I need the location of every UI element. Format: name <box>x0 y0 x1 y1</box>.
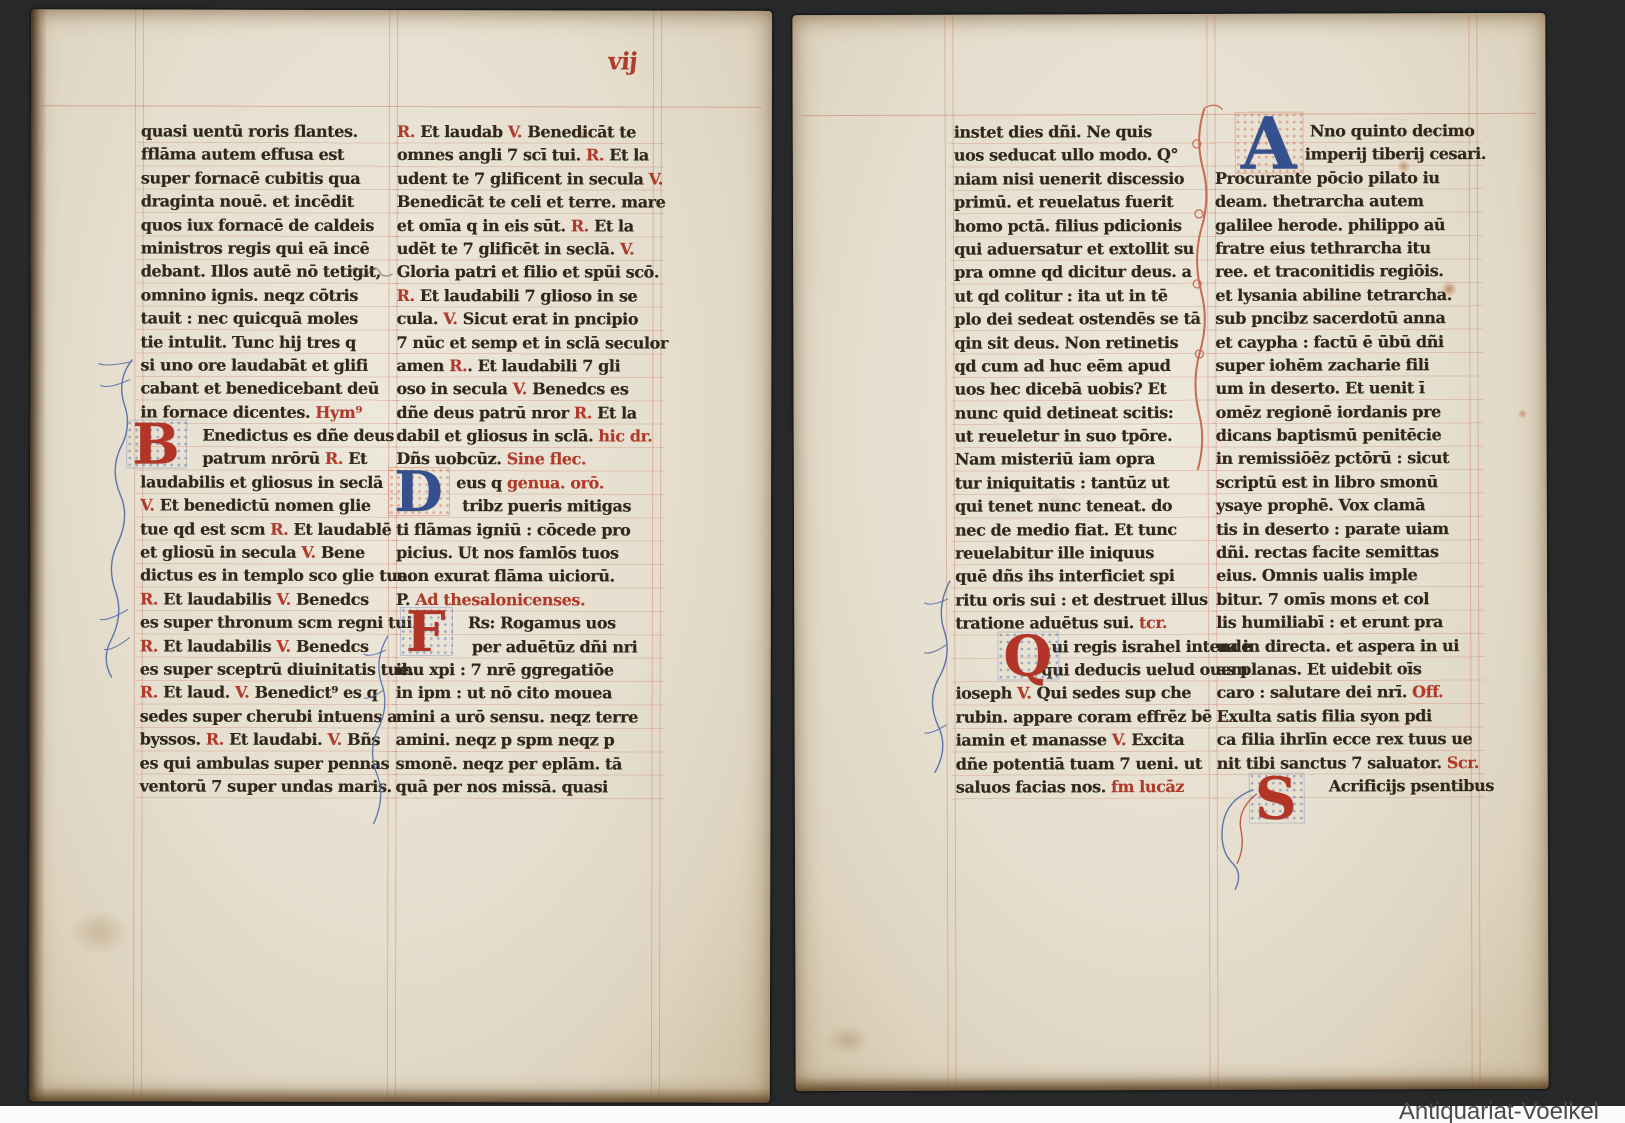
body-text: Benedcs <box>291 590 369 609</box>
text-line: es super thronum scm regni tui. <box>140 611 392 635</box>
text-line: niam nisi uenerit discessio <box>954 167 1209 191</box>
body-text: et lysania abiline tetrarcha. <box>1215 285 1452 305</box>
body-text: Et laudablē <box>288 519 391 538</box>
body-text: homo pctā. filius pdicionis <box>954 216 1182 236</box>
text-line: picius. Ut nos famlōs tuos <box>396 541 658 565</box>
illuminated-initial-S: S <box>1249 773 1305 824</box>
body-text: qd cum ad huc eēm apud <box>954 356 1170 376</box>
text-line: tue qd est scm R. Et laudablē <box>140 517 392 541</box>
text-line: ua in directa. et aspera in ui <box>1216 634 1478 658</box>
text-line: rubin. appare coram effrēz bē <box>955 705 1210 729</box>
body-text: scriptū est in libro smonū <box>1216 472 1438 492</box>
rubric-text: R. <box>574 403 592 422</box>
body-text: Et <box>343 449 367 468</box>
text-line: dicans baptismū penitēcie <box>1216 423 1478 447</box>
text-line: Nam misteriū iam opra <box>955 447 1210 471</box>
rubric-text: V. <box>327 730 341 749</box>
text-line: R. Et laudabili 7 glioso in se <box>397 284 659 308</box>
body-text: byssos. <box>140 730 206 749</box>
body-text: Et la <box>604 146 649 165</box>
body-text: pra omne qd dicitur deus. a <box>954 262 1191 282</box>
top-ruling-line <box>803 113 1536 116</box>
body-text: tis in deserto : parate uiam <box>1216 519 1449 539</box>
body-text: nec de medio fiat. Et tunc <box>955 520 1177 540</box>
right-page-column-1: instet dies dñi. Ne quisuos seducat ullo… <box>954 120 1211 799</box>
marginal-scribble <box>349 262 395 280</box>
text-line: V. Et benedictū nomen glie <box>140 494 392 518</box>
text-line: pra omne qd dicitur deus. a <box>954 260 1209 284</box>
body-text: 7 nūc et semp et in sclā seculor <box>396 333 667 353</box>
rubric-text: R. <box>140 636 158 655</box>
text-line: deam. thetrarcha autem <box>1215 189 1477 213</box>
rubric-text: V. <box>508 122 522 141</box>
text-line: quē dñs ihs interficiet spi <box>955 564 1210 588</box>
text-line: ysaye prophē. Vox clamā <box>1216 493 1478 517</box>
rubric-text: V. <box>140 496 154 515</box>
rubric-text: V. <box>620 239 634 258</box>
body-text: tauit : nec quicquā moles <box>140 309 357 328</box>
body-text: dictus es in templo sco glie tue. <box>140 566 412 586</box>
text-line: cula. V. Sicut erat in pncipio <box>396 307 658 331</box>
body-text: Excita <box>1126 730 1184 749</box>
left-vellum-leaf: vij quasi uentū roris flantes.fflāma aut… <box>29 9 772 1103</box>
body-text: uos seducat ullo modo. Q° <box>954 145 1178 165</box>
rubric-text: Sine flec. <box>507 450 587 469</box>
text-line: dñe deus patrū nror R. Et la <box>396 401 658 425</box>
body-text: fratre eius tethrarcha itu <box>1215 238 1431 258</box>
rubric-text: R. <box>397 122 415 141</box>
rubric-text: R. <box>270 519 288 538</box>
text-line: quasi uentū roris flantes. <box>141 119 393 143</box>
body-text: super iohēm zacharie fili <box>1215 355 1429 375</box>
body-text: quasi uentū roris flantes. <box>141 121 358 140</box>
rubric-text: V. <box>276 636 290 655</box>
text-line: um in deserto. Et uenit ī <box>1215 376 1477 400</box>
rubric-text: Hym⁹ <box>315 403 362 422</box>
body-text: Benedcs <box>291 636 369 655</box>
text-line: ministros regis qui eā incē <box>141 236 393 260</box>
text-line: omnes angli 7 scī tui. R. Et la <box>397 143 659 167</box>
text-line: uos hec dicebā uobis? Et <box>954 377 1209 401</box>
body-text: . Et laudabili 7 gli <box>467 356 620 375</box>
body-text: Gloria patri et filio et spūi scō. <box>397 262 659 282</box>
body-text: Et laudabilis <box>158 636 276 655</box>
body-text: es qui ambulas super pennas <box>140 753 390 773</box>
text-line: udēt te 7 glificēt in seclā. V. <box>397 237 659 261</box>
text-line: iamin et manasse V. Excita <box>956 728 1211 752</box>
stain <box>69 909 129 955</box>
text-line: quā per nos missā. quasi <box>395 775 657 799</box>
text-line: homo pctā. filius pdicionis <box>954 213 1209 237</box>
text-line: ioseph V. Qui sedes sup che <box>955 681 1210 705</box>
text-line: saluos facias nos. fm lucāz <box>956 775 1211 799</box>
body-text: amen <box>396 356 449 375</box>
body-text: ree. et traconitidis regiōis. <box>1215 261 1443 281</box>
text-line: super fornacē cubitis qua <box>141 166 393 190</box>
body-text: ventorū 7 super undas maris. <box>139 776 391 796</box>
body-text: ua in directa. et aspera in ui <box>1216 636 1459 656</box>
body-text: dñe potentiā tuam 7 ueni. ut <box>956 753 1202 773</box>
body-text: Qui sedes sup che <box>1031 683 1191 703</box>
body-text: as planas. Et uidebit oīs <box>1216 659 1421 679</box>
text-line: sub pncibz sacerdotū anna <box>1215 306 1477 330</box>
illuminated-initial-D: D <box>388 467 450 516</box>
text-line: et gliosū in secula V. Bene <box>140 540 392 564</box>
penwork-flourish-blue <box>922 575 963 795</box>
body-text: sub pncibz sacerdotū anna <box>1215 308 1445 328</box>
body-text: sedes super cherubi intuens a <box>140 706 398 726</box>
body-text: tur iniquitatis : tantūz ut <box>955 473 1169 493</box>
body-text: dñi. rectas facite semittas <box>1216 542 1439 562</box>
text-line: Gloria patri et filio et spūi scō. <box>397 260 659 284</box>
text-line: nec de medio fiat. Et tunc <box>955 518 1210 542</box>
body-text: Sicut erat in pncipio <box>457 309 638 328</box>
rubric-text: V. <box>301 543 315 562</box>
text-line: ree. et traconitidis regiōis. <box>1215 259 1477 283</box>
right-page-column-2: Nno quinto decimoimperij tiberij cesari.… <box>1215 119 1479 798</box>
text-line: R. Et laud. V. Benedict⁹ es q <box>140 681 392 705</box>
body-text: cabant et benedicebant deū <box>140 379 379 398</box>
body-text: et gliosū in secula <box>140 542 301 561</box>
rubric-text: genua. orō. <box>507 473 604 492</box>
text-line: R. Et laudab V. Benedicāt te <box>397 120 659 144</box>
illuminated-initial-Q: Q <box>997 631 1060 680</box>
text-line: ritu oris sui : et destruet illus <box>955 588 1210 612</box>
rubric-text: R. <box>397 286 415 305</box>
text-line: tur iniquitatis : tantūz ut <box>955 471 1210 495</box>
body-text: ut qd colitur : ita ut in tē <box>954 286 1167 306</box>
rubric-text: R. <box>140 589 158 608</box>
text-line: dñe potentiā tuam 7 ueni. ut <box>956 751 1211 775</box>
body-text: eus q <box>456 473 507 492</box>
rubric-text: tcr. <box>1139 613 1167 632</box>
body-text: cula. <box>396 309 443 328</box>
text-line: super iohēm zacharie fili <box>1215 353 1477 377</box>
body-text: imperij tiberij cesari. <box>1305 144 1486 164</box>
stain <box>1518 409 1528 419</box>
text-line: qui tenet nunc teneat. do <box>955 494 1210 518</box>
text-line: as planas. Et uidebit oīs <box>1216 657 1478 681</box>
text-line: plo dei sedeat ostendēs se tā <box>954 307 1209 331</box>
body-text: eius. Omnis ualis imple <box>1216 566 1417 586</box>
text-line: es super sceptrū diuinitatis tue. <box>140 657 392 681</box>
manuscript-photo: vij quasi uentū roris flantes.fflāma aut… <box>0 0 1625 1123</box>
body-text: Et laudabi. <box>224 730 328 749</box>
body-text: Et la <box>592 403 637 422</box>
rubric-text: R. <box>449 356 467 375</box>
rubric-text: Off. <box>1412 683 1443 702</box>
text-line: scriptū est in libro smonū <box>1216 470 1478 494</box>
body-text: primū. et reuelatus fuerit <box>954 192 1173 212</box>
text-line: Exulta satis filia syon pdi <box>1216 704 1478 728</box>
text-line: R. Et laudabilis V. Benedcs <box>140 634 392 658</box>
text-line: in remissiōēz pctōrū : sicut <box>1216 447 1478 471</box>
text-line: qd cum ad huc eēm apud <box>954 354 1209 378</box>
body-text: udent te 7 glificent in secula <box>397 169 649 189</box>
body-text: Acrificijs psentibus <box>1329 776 1494 796</box>
body-text: Et la <box>589 216 634 235</box>
body-text: omnes angli 7 scī tui. <box>397 145 586 164</box>
text-line: galilee herode. philippo aū <box>1215 213 1477 237</box>
text-line: fratre eius tethrarcha itu <box>1215 236 1477 260</box>
illuminated-initial-A: A <box>1235 112 1305 174</box>
text-line: amen R.. Et laudabili 7 gli <box>396 354 658 378</box>
body-text: smonē. neqz per eplām. tā <box>396 754 622 773</box>
body-text: galilee herode. philippo aū <box>1215 215 1445 235</box>
body-text: Nno quinto decimo <box>1310 121 1475 141</box>
left-page-column-1: quasi uentū roris flantes.fflāma autem e… <box>139 119 392 798</box>
text-line: et caypha : factū ē ūbū dñi <box>1215 330 1477 354</box>
text-line: quos iux fornacē de caldeis <box>141 213 393 237</box>
rubric-text: V. <box>513 380 527 399</box>
body-text: Rs: Rogamus uos <box>468 613 616 632</box>
text-line: fflāma autem effusa est <box>141 143 393 167</box>
text-line: nunc quid detineat scitis: <box>955 401 1210 425</box>
text-line: udent te 7 glificent in secula V. <box>397 167 659 191</box>
rubric-text: R. <box>586 146 604 165</box>
body-text: qui tenet nunc teneat. do <box>955 496 1172 516</box>
body-text: ysaye prophē. Vox clamā <box>1216 495 1425 515</box>
body-text: iamin et manasse <box>956 730 1112 749</box>
text-line: ca filia ihrlīn ecce rex tuus ue <box>1217 727 1479 751</box>
body-text: qin sit deus. Non retinetis <box>954 332 1178 352</box>
body-text: omnino ignis. neqz cōtris <box>141 285 358 304</box>
text-line: non exurat flāma uiciorū. <box>396 564 658 588</box>
body-text: si uno ore laudabāt et glifi <box>140 355 367 374</box>
stain <box>825 1025 869 1055</box>
text-line: qin sit deus. Non retinetis <box>954 330 1209 354</box>
text-line: uos seducat ullo modo. Q° <box>954 143 1209 167</box>
text-line: dabil et gliosus in sclā. hic dr. <box>396 424 658 448</box>
rubric-text: R. <box>571 216 589 235</box>
body-text: tue qd est scm <box>140 519 270 538</box>
body-text: Benedicāt te celi et terre. mare <box>397 192 666 212</box>
text-line: dictus es in templo sco glie tue. <box>140 564 392 588</box>
text-line: qui deducis uelud ouem <box>955 658 1210 682</box>
body-text: Exulta satis filia syon pdi <box>1216 706 1431 726</box>
body-text: in ipm : ut nō cito mouea <box>396 683 612 702</box>
body-text: reuelabitur ille iniquus <box>955 543 1154 563</box>
rubric-text: R. <box>206 730 224 749</box>
text-line: in ipm : ut nō cito mouea <box>396 681 658 705</box>
text-line: omēz regionē iordanis pre <box>1216 400 1478 424</box>
body-text: ritu oris sui : et destruet illus <box>955 590 1207 610</box>
body-text: dñe deus patrū nror <box>396 403 574 422</box>
body-text: Et laudabilis <box>158 589 276 608</box>
rubric-text: fm lucāz <box>1111 777 1184 796</box>
text-line: cabant et benedicebant deū <box>140 377 392 401</box>
rubric-text: V. <box>1112 730 1126 749</box>
left-page-column-2: R. Et laudab V. Benedicāt teomnes angli … <box>395 120 658 799</box>
text-line: sedes super cherubi intuens a <box>140 704 392 728</box>
penwork-flourish-blue <box>359 630 399 840</box>
body-text: in remissiōēz pctōrū : sicut <box>1216 449 1449 469</box>
body-text: ut reueletur in suo tpōre. <box>955 426 1173 446</box>
body-text: Benedict⁹ es q <box>249 683 377 702</box>
text-line: amini. neqz p spm neqz p <box>396 728 658 752</box>
text-line: tie intulit. Tunc hij tres q <box>140 330 392 354</box>
rubric-text: R. <box>140 683 158 702</box>
body-text: amini. neqz p spm neqz p <box>396 730 615 749</box>
body-text: Benedcs es <box>527 380 628 399</box>
text-line: ut reueletur in suo tpōre. <box>955 424 1210 448</box>
rubric-text: V. <box>235 683 249 702</box>
body-text: quē dñs ihs interficiet spi <box>955 566 1174 586</box>
text-line: et omīa q in eis sūt. R. Et la <box>397 214 659 238</box>
body-text: udēt te 7 glificēt in seclā. <box>397 239 620 258</box>
body-text: per aduētūz dñi nri <box>472 637 637 656</box>
illuminated-initial-B: B <box>126 420 187 469</box>
body-text: Bene <box>316 543 365 562</box>
rubric-text: V. <box>648 169 662 188</box>
body-text: nunc quid detineat scitis: <box>955 403 1174 423</box>
body-text: Et laudabili 7 glioso in se <box>415 286 638 305</box>
body-text: et caypha : factū ē ūbū dñi <box>1215 332 1443 352</box>
body-text: lis humiliabī : et erunt pra <box>1216 612 1443 632</box>
body-text: uos hec dicebā uobis? Et <box>954 379 1166 399</box>
body-text: rubin. appare coram effrēz bē <box>955 707 1211 727</box>
body-text: bitur. 7 omīs mons et col <box>1216 589 1429 609</box>
text-line: et lysania abiline tetrarcha. <box>1215 283 1477 307</box>
text-line: oso in secula V. Benedcs es <box>396 377 658 401</box>
body-text: niam nisi uenerit discessio <box>954 169 1184 189</box>
text-line: si uno ore laudabāt et glifi <box>140 353 392 377</box>
body-text: omēz regionē iordanis pre <box>1216 402 1441 422</box>
text-line: smonē. neqz per eplām. tā <box>396 752 658 776</box>
body-text: super fornacē cubitis qua <box>141 168 360 187</box>
text-line: instet dies dñi. Ne quis <box>954 120 1209 144</box>
text-line: primū. et reuelatus fuerit <box>954 190 1209 214</box>
body-text: Benedicāt te <box>522 122 636 141</box>
rubric-text: R. <box>325 449 343 468</box>
folio-number: vij <box>606 46 638 75</box>
rubric-text: V. <box>276 590 290 609</box>
text-line: tis in deserto : parate uiam <box>1216 517 1478 541</box>
body-text: tie intulit. Tunc hij tres q <box>140 332 355 351</box>
body-text: Enedictus es dñe deus <box>202 426 394 445</box>
body-text: picius. Ut nos famlōs tuos <box>396 543 619 562</box>
body-text: et omīa q in eis sūt. <box>397 216 571 235</box>
penwork-bar-red <box>1185 100 1226 500</box>
body-text: Et benedictū nomen glie <box>154 496 370 515</box>
penwork-flourish-blue <box>92 349 143 679</box>
body-text: caro : salutare dei nrī. <box>1216 683 1412 703</box>
body-text: ca filia ihrlīn ecce rex tuus ue <box>1217 729 1473 749</box>
text-line: tauit : nec quicquā moles <box>140 307 392 331</box>
body-text: oso in secula <box>396 379 512 398</box>
ruling-line <box>944 15 948 1091</box>
rubric-text: hic dr. <box>598 426 652 445</box>
body-text: non exurat flāma uiciorū. <box>396 566 615 585</box>
text-line: ut qd colitur : ita ut in tē <box>954 284 1209 308</box>
illuminated-initial-F: F <box>400 607 453 656</box>
text-line: R. Et laudabilis V. Benedcs <box>140 587 392 611</box>
body-text: ministros regis qui eā incē <box>141 238 370 257</box>
right-vellum-leaf: instet dies dñi. Ne quisuos seducat ullo… <box>792 13 1548 1091</box>
body-text: qui aduersatur et extollit su <box>954 239 1194 259</box>
body-text: tribz pueris mitigas <box>462 496 631 515</box>
text-line: draginta nouē. et incēdit <box>141 190 393 214</box>
text-line: byssos. R. Et laudabi. V. Bñs <box>140 728 392 752</box>
text-line: tratione aduētus sui. tcr. <box>955 611 1210 635</box>
watermark-text: Antiquariat-Voelkel <box>1399 1098 1599 1123</box>
text-line: mini a urō sensu. neqz terre <box>396 705 658 729</box>
body-text: quos iux fornacē de caldeis <box>141 215 374 234</box>
body-text: Nam misteriū iam opra <box>955 450 1155 470</box>
body-text: debant. Illos autē nō tetigit, <box>141 262 381 282</box>
body-text: um in deserto. Et uenit ī <box>1215 378 1424 398</box>
body-text: nit tibi sanctus 7 saluator. <box>1217 753 1447 773</box>
text-line: bitur. 7 omīs mons et col <box>1216 587 1478 611</box>
body-text: fflāma autem effusa est <box>141 145 344 164</box>
body-text: plo dei sedeat ostendēs se tā <box>954 309 1200 329</box>
body-text: saluos facias nos. <box>956 777 1111 796</box>
text-line: ventorū 7 super undas maris. <box>139 774 391 798</box>
body-text: instet dies dñi. Ne quis <box>954 122 1152 142</box>
body-text: mini a urō sensu. neqz terre <box>396 707 638 727</box>
text-line: dñi. rectas facite semittas <box>1216 540 1478 564</box>
body-text: patrum nrōrū <box>202 449 325 468</box>
photo-bottom-border: Antiquariat-Voelkel <box>0 1106 1625 1123</box>
body-text: quā per nos missā. quasi <box>395 777 607 796</box>
text-line: reuelabitur ille iniquus <box>955 541 1210 565</box>
body-text: Et laudab <box>415 122 508 141</box>
text-line: ui regis israhel intende <box>955 634 1210 658</box>
text-line: qui aduersatur et extollit su <box>954 237 1209 261</box>
text-line: Benedicāt te celi et terre. mare <box>397 190 659 214</box>
text-line: omnino ignis. neqz cōtris <box>141 283 393 307</box>
text-line: 7 nūc et semp et in sclā seculor <box>396 331 658 355</box>
text-line: eius. Omnis ualis imple <box>1216 563 1478 587</box>
body-text: Et laud. <box>158 683 235 702</box>
body-text: dicans baptismū penitēcie <box>1216 425 1442 445</box>
rubric-text: V. <box>443 309 457 328</box>
body-text: deam. thetrarcha autem <box>1215 191 1424 211</box>
text-line: caro : salutare dei nrī. Off. <box>1216 680 1478 704</box>
body-text: draginta nouē. et incēdit <box>141 192 354 211</box>
body-text: dabil et gliosus in sclā. <box>396 426 598 445</box>
rubric-text: Scr. <box>1447 753 1479 772</box>
text-line: es qui ambulas super pennas <box>140 751 392 775</box>
text-line: lis humiliabī : et erunt pra <box>1216 610 1478 634</box>
